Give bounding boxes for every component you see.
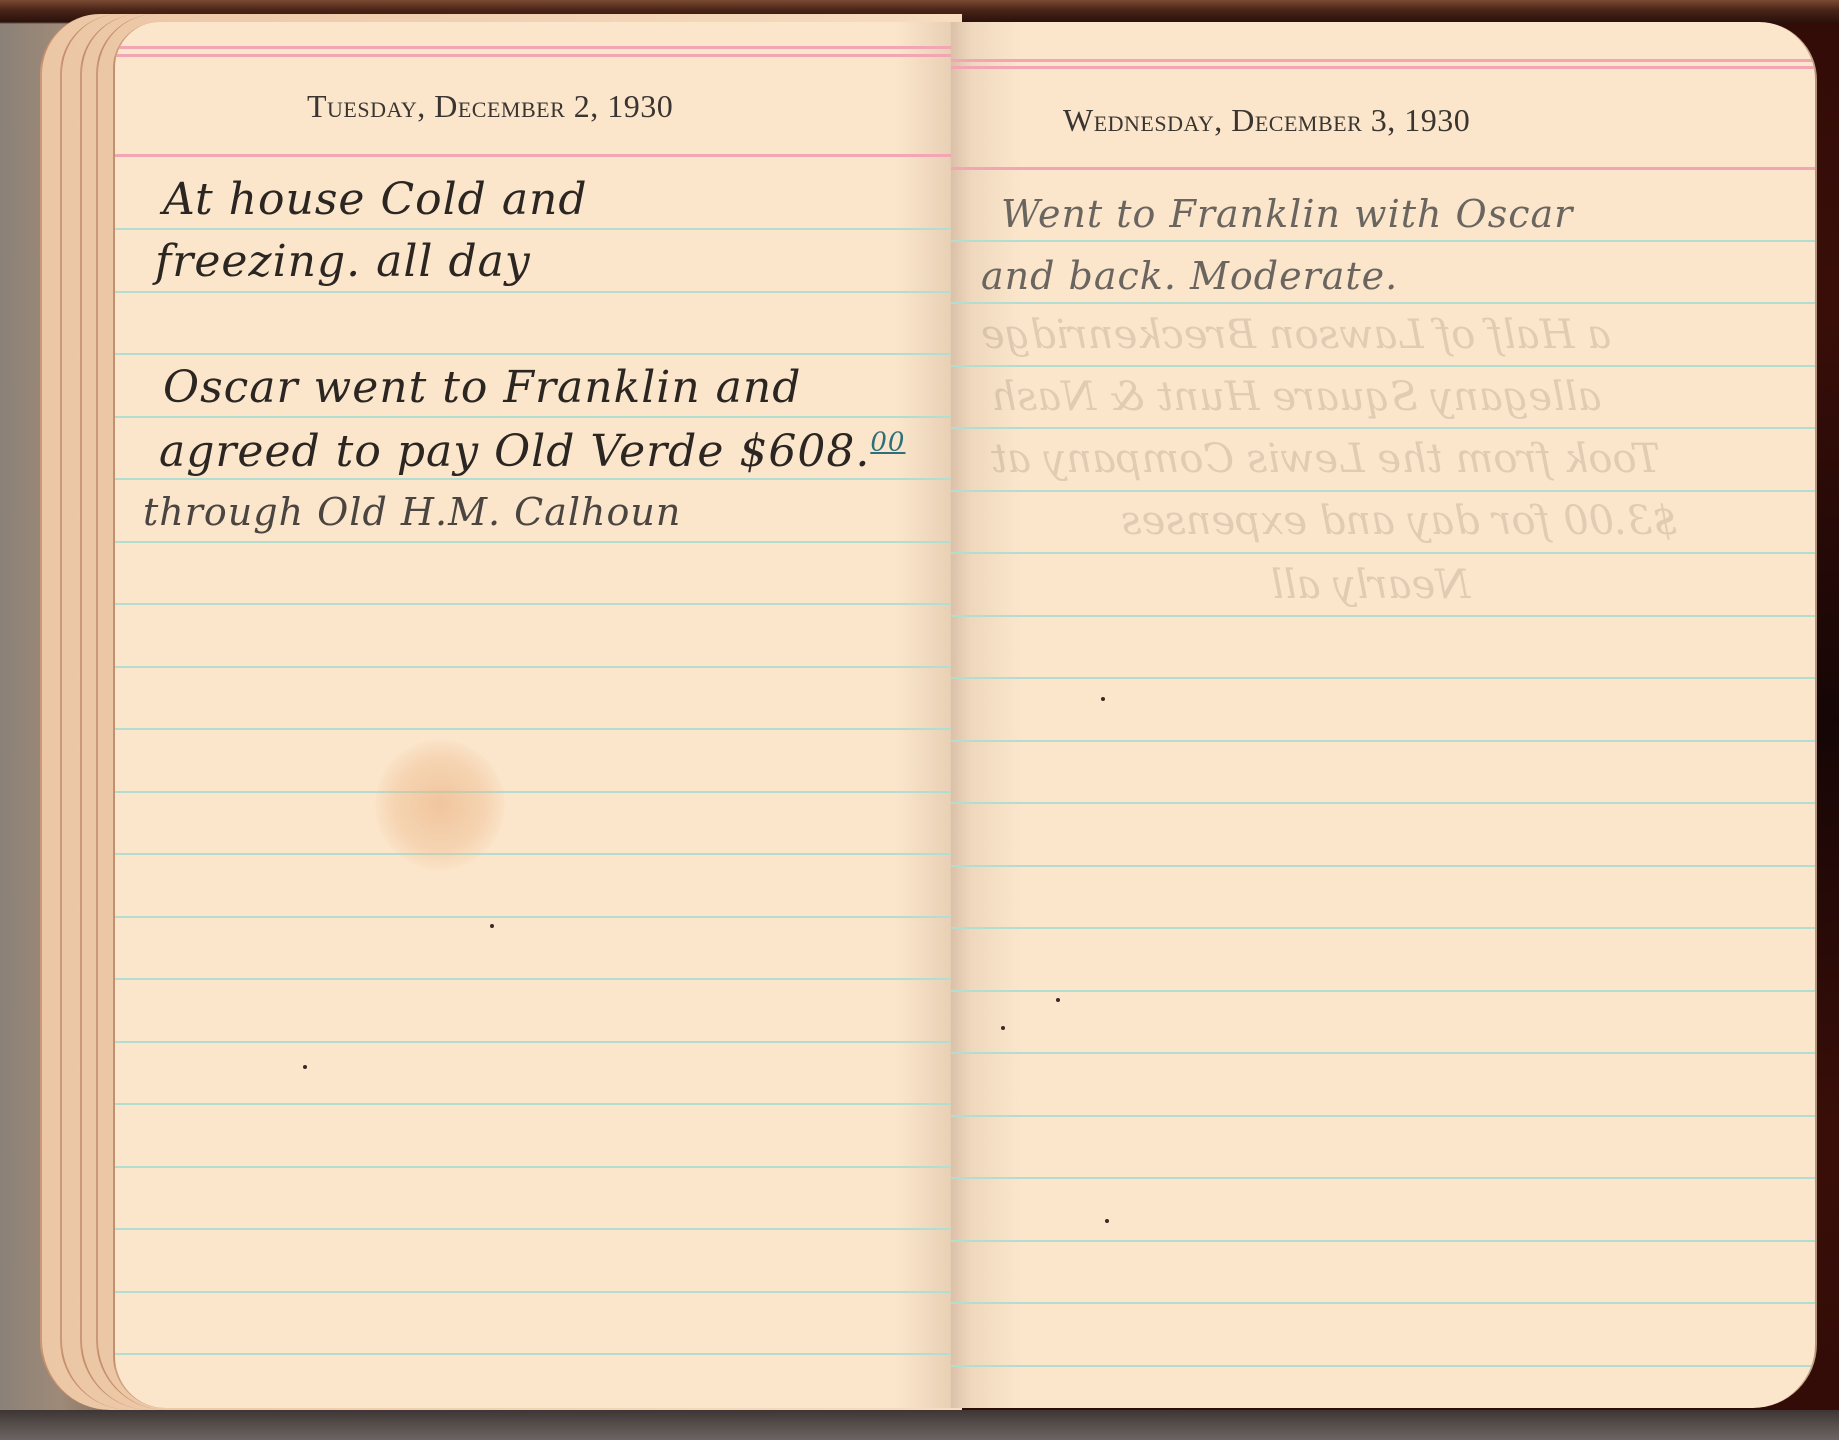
ruled-line (115, 416, 953, 418)
ruled-line (951, 1240, 1815, 1242)
ruled-line (951, 1177, 1815, 1179)
ruled-line (115, 791, 953, 793)
ruled-line (951, 802, 1815, 804)
ruled-line (951, 1302, 1815, 1304)
ruled-line (951, 552, 1815, 554)
ruled-line (951, 927, 1815, 929)
ruled-line (115, 978, 953, 980)
handwritten-line: Oscar went to Franklin and (163, 362, 801, 413)
handwritten-line: agreed to pay Old Verde $608.00 (159, 426, 905, 477)
ink-speck (490, 924, 494, 928)
handwritten-line: At house Cold and (163, 174, 588, 225)
ruled-line (951, 365, 1815, 367)
ruled-line (951, 615, 1815, 617)
ruled-line (951, 490, 1815, 492)
ruled-line (951, 990, 1815, 992)
ruled-line (115, 853, 953, 855)
ink-speck (1001, 1026, 1005, 1030)
ruled-line (115, 1228, 953, 1230)
amount-cents: 00 (870, 427, 905, 457)
ruled-line (115, 1291, 953, 1293)
ruled-line (115, 728, 953, 730)
ruled-line (115, 1041, 953, 1043)
table-surface (0, 1410, 1839, 1440)
bleed-through-text: $3.00 for day and expenses (1121, 498, 1678, 544)
top-double-rule (951, 59, 1815, 62)
ink-speck (1056, 998, 1060, 1002)
handwritten-line: Went to Franklin with Oscar (1001, 192, 1573, 236)
handwritten-line: freezing. all day (155, 236, 531, 287)
page-date-heading: Tuesday, December 2, 1930 (307, 88, 673, 125)
ruled-line (115, 353, 953, 355)
right-page: Wednesday, December 3, 1930 a Half of La… (951, 22, 1817, 1408)
ruled-line (951, 1115, 1815, 1117)
ruled-line (115, 478, 953, 480)
header-divider-rule (115, 154, 953, 157)
ruled-line (951, 1365, 1815, 1367)
bleed-through-text: Nearly all (1271, 562, 1470, 608)
ruled-line (115, 1103, 953, 1105)
ruled-line (115, 1166, 953, 1168)
diary-photo: Tuesday, December 2, 1930 At house Cold … (0, 0, 1839, 1440)
ruled-line (951, 240, 1815, 242)
top-double-rule (951, 66, 1815, 69)
ruled-line (115, 541, 953, 543)
top-double-rule (115, 46, 953, 49)
ruled-line (115, 228, 953, 230)
page-date-heading: Wednesday, December 3, 1930 (1063, 102, 1470, 139)
top-double-rule (115, 54, 953, 57)
handwritten-line: through Old H.M. Calhoun (143, 490, 681, 534)
ink-speck (1101, 697, 1105, 701)
ruled-line (115, 603, 953, 605)
ruled-line (115, 1353, 953, 1355)
ruled-line (115, 916, 953, 918)
left-page: Tuesday, December 2, 1930 At house Cold … (113, 22, 953, 1408)
ruled-line (115, 291, 953, 293)
ink-speck (1105, 1219, 1109, 1223)
bleed-through-text: a Half of Lawson Breckenridge (981, 312, 1611, 358)
ruled-line (951, 677, 1815, 679)
bleed-through-text: allegany Square Hunt & Nash (991, 374, 1601, 420)
ruled-line (951, 1052, 1815, 1054)
handwritten-text: agreed to pay Old Verde $608. (159, 426, 870, 477)
water-stain (375, 740, 505, 870)
handwritten-line: and back. Moderate. (981, 254, 1398, 298)
header-divider-rule (951, 167, 1815, 170)
ruled-line (951, 427, 1815, 429)
ink-speck (303, 1065, 307, 1069)
bleed-through-text: Took from the Lewis Company at (991, 436, 1660, 482)
ruled-line (951, 740, 1815, 742)
ruled-line (951, 302, 1815, 304)
ruled-line (951, 865, 1815, 867)
ruled-line (115, 666, 953, 668)
